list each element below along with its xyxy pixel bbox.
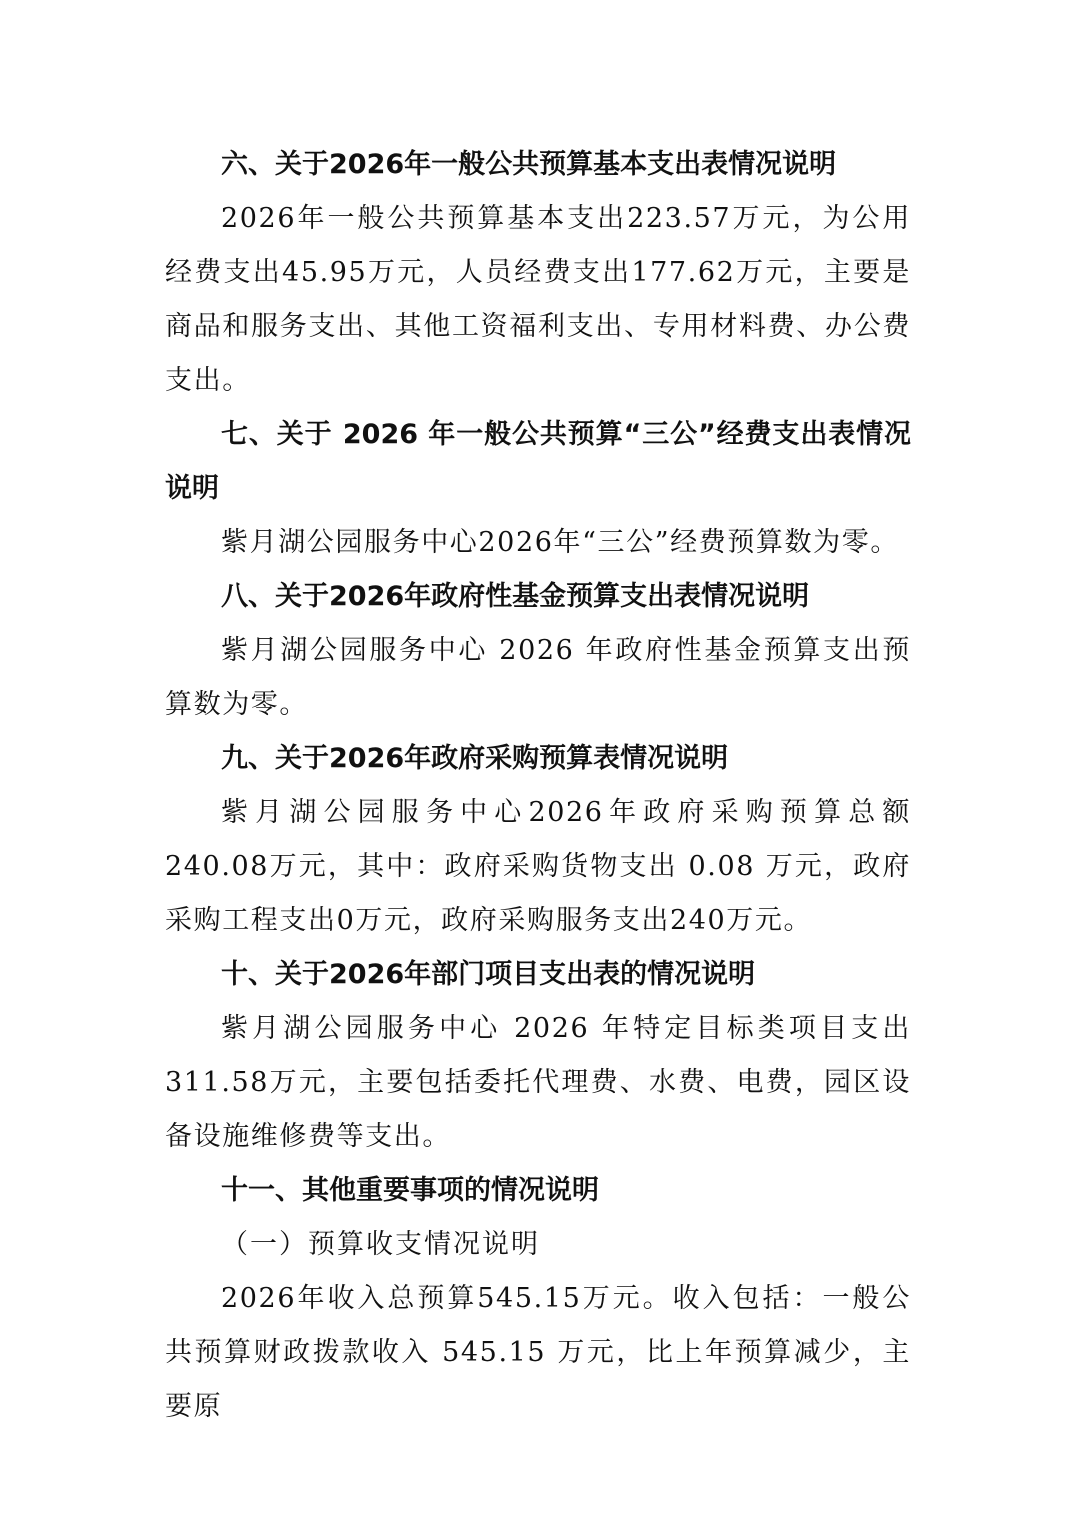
section-10-heading: 十、关于2026年部门项目支出表的情况说明 (165, 948, 911, 1002)
section-7-heading: 七、关于 2026 年一般公共预算“三公”经费支出表情况说明 (165, 408, 911, 516)
section-11-body: 2026年收入总预算545.15万元。收入包括：一般公共预算财政拨款收入 545… (165, 1272, 911, 1434)
section-6-heading: 六、关于2026年一般公共预算基本支出表情况说明 (165, 138, 911, 192)
section-9-body: 紫月湖公园服务中心2026年政府采购预算总额240.08万元，其中：政府采购货物… (165, 786, 911, 948)
section-8-body: 紫月湖公园服务中心 2026 年政府性基金预算支出预算数为零。 (165, 624, 911, 732)
section-10-body: 紫月湖公园服务中心 2026 年特定目标类项目支出311.58万元，主要包括委托… (165, 1002, 911, 1164)
section-6-body: 2026年一般公共预算基本支出223.57万元，为公用经费支出45.95万元，人… (165, 192, 911, 408)
section-11-subheading: （一）预算收支情况说明 (165, 1218, 911, 1272)
section-8-heading: 八、关于2026年政府性基金预算支出表情况说明 (165, 570, 911, 624)
document-page: 六、关于2026年一般公共预算基本支出表情况说明 2026年一般公共预算基本支出… (165, 138, 911, 1434)
section-7-body: 紫月湖公园服务中心2026年“三公”经费预算数为零。 (165, 516, 911, 570)
section-9-heading: 九、关于2026年政府采购预算表情况说明 (165, 732, 911, 786)
section-11-heading: 十一、其他重要事项的情况说明 (165, 1164, 911, 1218)
